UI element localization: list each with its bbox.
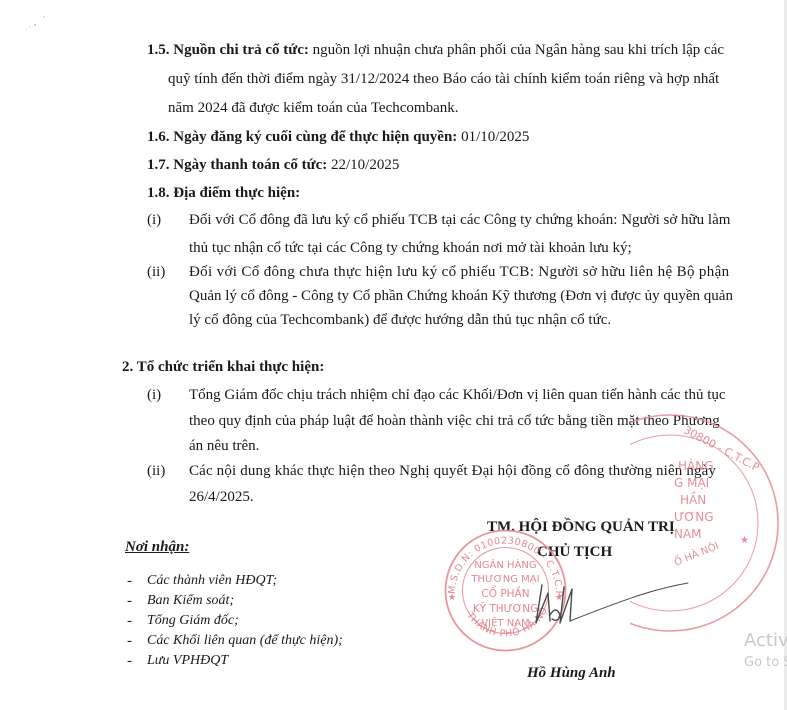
recipient-item: Tổng Giám đốc; <box>147 612 239 630</box>
section-2-item-2-line-2: 26/4/2025. <box>189 487 254 507</box>
bullet-dash: - <box>127 632 132 650</box>
section-1-5-line-2: quỹ tính đến thời điểm ngày 31/12/2024 t… <box>168 69 719 89</box>
svg-text:HẦN: HẦN <box>680 491 706 507</box>
section-1-7: 1.7. Ngày thanh toán cổ tức: 22/10/2025 <box>147 155 399 175</box>
svg-text:NGÂN HÀNG: NGÂN HÀNG <box>474 558 536 571</box>
section-1-8-item-1-line-2: thủ tục nhận cổ tức tại các Công ty chứn… <box>189 238 632 258</box>
section-2-item-1-line-1: Tổng Giám đốc chịu trách nhiệm chỉ đạo c… <box>189 385 726 405</box>
section-1-5-line-3: năm 2024 đã được kiểm toán của Techcomba… <box>168 98 458 118</box>
section-1-8-item-2-line-2: Quản lý cổ đông - Công ty Cổ phần Chứng … <box>189 286 733 306</box>
section-1-5: 1.5. Nguồn chi trả cổ tức: nguồn lợi nhu… <box>147 40 724 60</box>
svg-text:ƯƠNG: ƯƠNG <box>674 510 714 524</box>
signer-name: Hồ Hùng Anh <box>527 663 616 683</box>
section-1-8-label: 1.8. Địa điểm thực hiện: <box>147 183 300 203</box>
svg-text:★: ★ <box>448 593 456 603</box>
recipient-item: Lưu VPHĐQT <box>147 652 228 670</box>
svg-text:Ố HÀ NỘI: Ố HÀ NỘI <box>672 538 721 569</box>
list-marker: (ii) <box>147 461 165 481</box>
bullet-dash: - <box>127 652 132 670</box>
svg-text:HÀNG: HÀNG <box>678 458 714 473</box>
record-date: 01/10/2025 <box>457 129 529 145</box>
section-2-label: 2. Tổ chức triển khai thực hiện: <box>122 357 324 377</box>
section-1-5-text: nguồn lợi nhuận chưa phân phối của Ngân … <box>309 42 724 58</box>
section-1-6: 1.6. Ngày đăng ký cuối cùng để thực hiện… <box>147 127 529 147</box>
bullet-dash: - <box>127 592 132 610</box>
section-2-item-1-line-3: án nêu trên. <box>189 436 259 456</box>
recipient-item: Các Khối liên quan (để thực hiện); <box>147 632 343 650</box>
list-marker: (i) <box>147 210 161 230</box>
recipient-item: Các thành viên HĐQT; <box>147 572 277 590</box>
activation-watermark-subtitle: Go to S <box>744 655 787 670</box>
recipients-title: Nơi nhận: <box>125 537 189 557</box>
section-1-8-item-1-line-1: Đối với Cổ đông đã lưu ký cổ phiếu TCB t… <box>189 210 730 230</box>
section-1-7-label: 1.7. Ngày thanh toán cổ tức: <box>147 157 327 173</box>
handwritten-signature <box>520 575 690 635</box>
svg-text:NAM: NAM <box>674 527 702 541</box>
bullet-dash: - <box>127 612 132 630</box>
svg-text:G MẠI: G MẠI <box>674 476 709 490</box>
section-1-8-item-2-line-1: Đối với Cổ đông chưa thực hiện lưu ký cổ… <box>189 262 729 282</box>
section-1-6-label: 1.6. Ngày đăng ký cuối cùng để thực hiện… <box>147 129 457 145</box>
list-marker: (ii) <box>147 262 165 282</box>
section-1-5-label: 1.5. Nguồn chi trả cổ tức: <box>147 42 309 58</box>
document-page: 1.5. Nguồn chi trả cổ tức: nguồn lợi nhu… <box>0 0 787 710</box>
svg-text:★: ★ <box>740 535 749 546</box>
recipient-item: Ban Kiểm soát; <box>147 592 234 610</box>
scan-artifact <box>22 14 52 38</box>
bullet-dash: - <box>127 572 132 590</box>
payment-date: 22/10/2025 <box>327 157 399 173</box>
section-1-8-item-2-line-3: lý cổ đông của Techcombank) để được hướn… <box>189 310 611 330</box>
activation-watermark-title: Activ <box>744 630 787 651</box>
list-marker: (i) <box>147 385 161 405</box>
